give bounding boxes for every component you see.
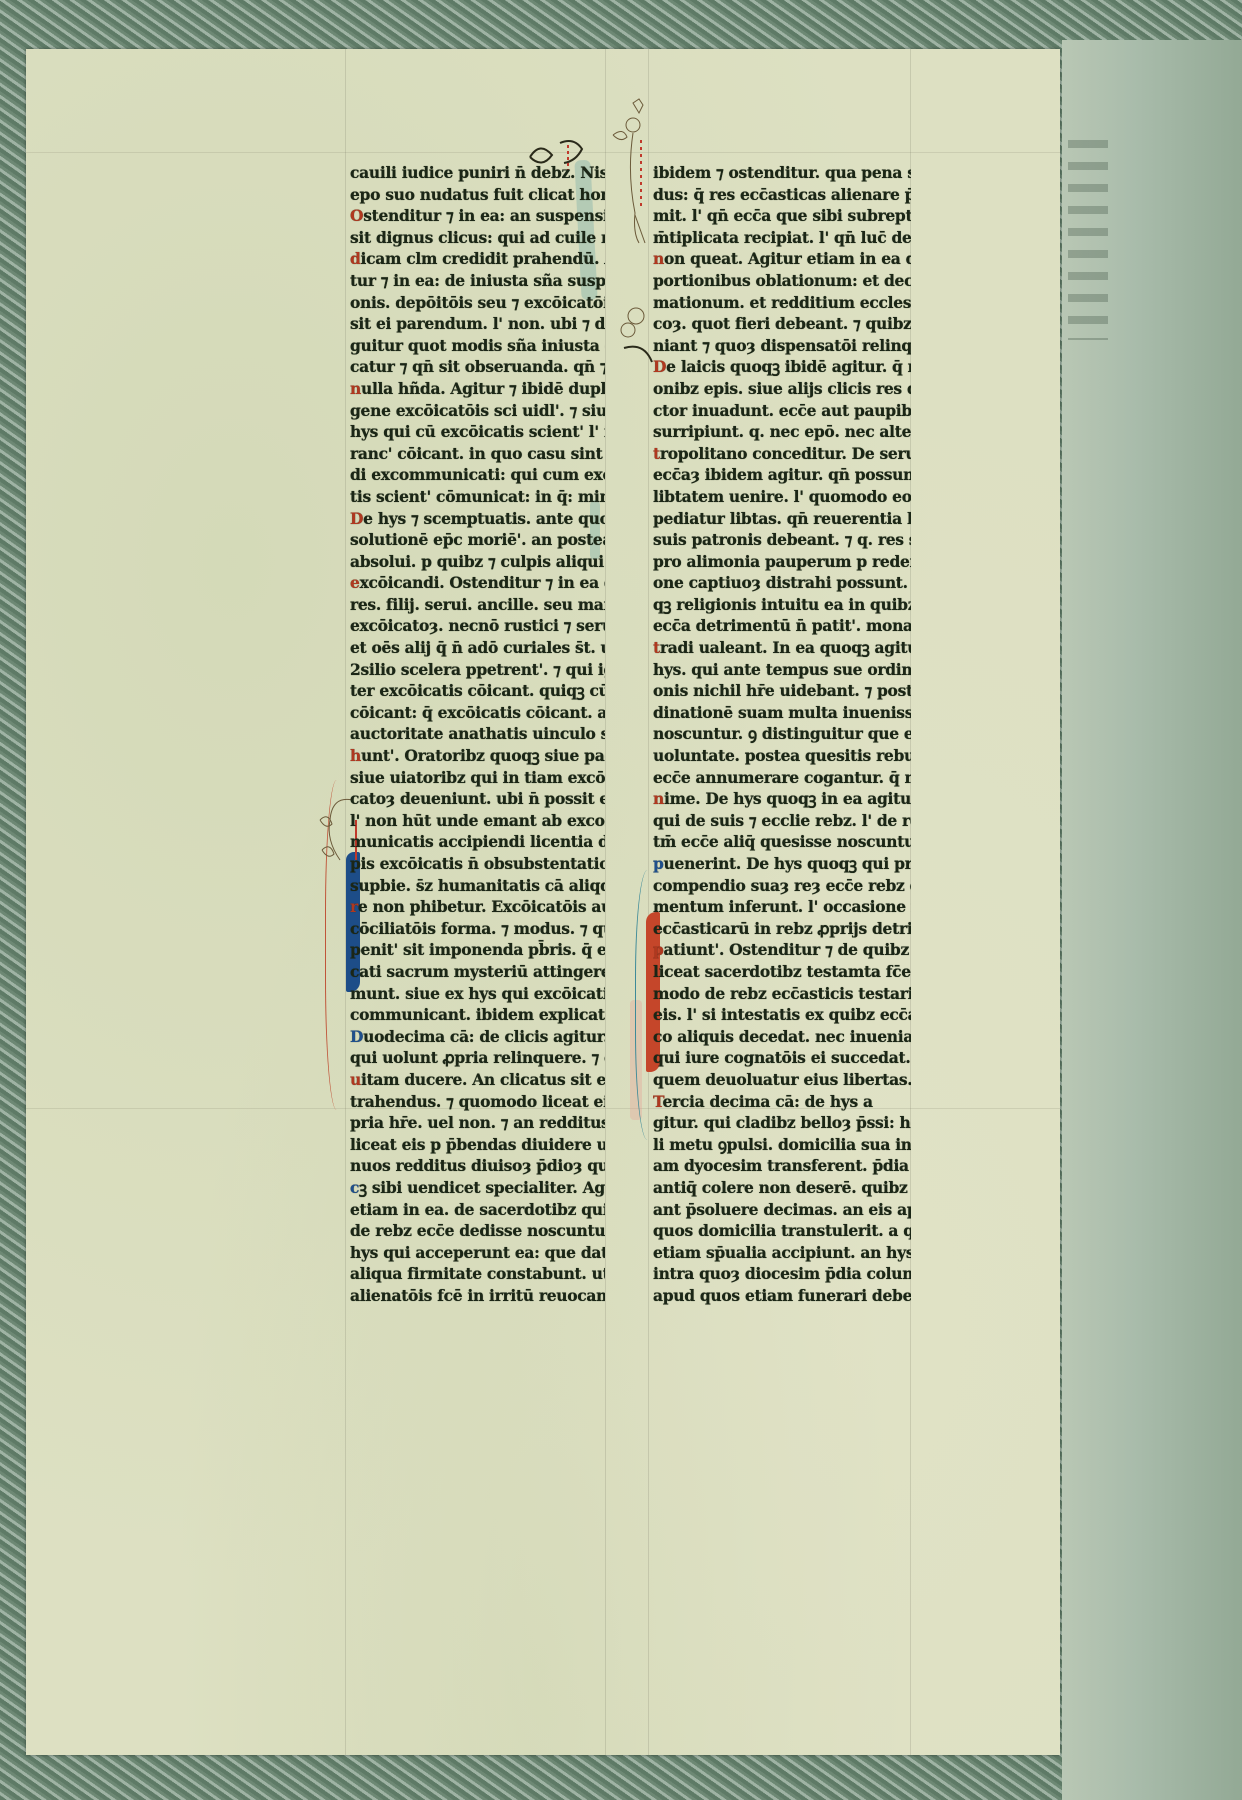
text-line: non queat. Agitur etiam in ea de [653,248,911,270]
text-line: ibidem ⁊ ostenditur. qua pena sit ferien [653,162,911,184]
text-line: hunt'. Oratoribz quoqꝫ siue pagus. [350,745,605,767]
text-line: coȝ. quot fieri debeant. ⁊ quibz prene [653,313,911,335]
text-line: etiam sp̄ualia accipiunt. an hys [653,1242,911,1264]
text-line: hys qui acceperunt ea: que data s̄t [350,1242,605,1264]
rubricated-initial: t [653,638,660,657]
text-line: cati sacrum mysteriū attingere p̄su [350,961,605,983]
text-line: Duodecima cā: de clicis agitur. [350,1026,605,1048]
text-line: sit ei parendum. l' non. ubi ⁊ distin [350,313,605,335]
text-line: guitur quot modis sña iniusta di [350,335,605,357]
ruling-line-left-inner [605,49,606,1755]
text-line: nuos redditus diuisoȝ p̄dioȝ quilꝫ [350,1155,605,1177]
text-line: supbie. s̄z humanitatis cā aliqd da [350,875,605,897]
text-line: res. filij. serui. ancille. seu mancipia [350,594,605,616]
text-line: ant p̄soluere decimas. an eis apud [653,1199,911,1221]
rubricated-initial: D [653,357,666,376]
text-line: cōciliatōis forma. ⁊ modus. ⁊ que [350,918,605,940]
rubricated-initial: e [350,573,360,592]
rubricated-initial: O [350,206,363,225]
text-line: liceat eis p p̄bendas diuidere ut an [350,1134,605,1156]
text-line: De hys ⁊ scemptuatis. ante quoȝ ab [350,508,605,530]
rubricated-initial: r [350,897,358,916]
facing-page-text-bleed [1068,140,1108,340]
rubricated-initial: p [653,940,664,959]
text-line: tradi ualeant. In ea quoqꝫ agitur de [653,637,911,659]
rubricated-initial: c [350,1178,359,1197]
text-line: tur ⁊ in ea: de iniusta sña suspensi [350,270,605,292]
text-line: cauili iudice puniri n̄ debz. Nisi ab [350,162,605,184]
text-line: ecc̄aȝ ibidem agitur. qn̄ possunt ad [653,464,911,486]
text-line: quem deuoluatur eius libertas. [653,1069,911,1091]
text-line: tm̄ ecc̄e aliq̄ quesisse noscuntur. an [653,831,911,853]
text-line: dicam clm credidit prahendū. Agi [350,248,605,270]
text-line: compendio suaȝ reȝ ecc̄e rebz detri [653,875,911,897]
text-line: mationum. et redditium ecclesiasti [653,292,911,314]
text-line: cꝫ sibi uendicet specialiter. Agitur [350,1177,605,1199]
text-line: apud quos etiam funerari debeat. [653,1285,911,1307]
text-line: pria hr̄e. uel non. ⁊ an redditus ecc̄e [350,1112,605,1134]
text-line: niant ⁊ quoȝ dispensatōi relinquent'. [653,335,911,357]
text-line: nulla hñda. Agitur ⁊ ibidē duplici [350,378,605,400]
text-line: dus: q̄ res ecc̄asticas alienare p̄su [653,184,911,206]
text-line: qui de suis ⁊ ecclie rebz. l' de rebus [653,810,911,832]
rubricated-initial: u [350,1070,361,1089]
text-line: auctoritate anathatis uinculo subr [350,723,605,745]
text-line: pro alimonia pauperum p redempti [653,551,911,573]
rubricated-initial: t [653,444,660,463]
text-line: solutionē ep̄c moriē'. an postea ualeat [350,529,605,551]
text-line: uitam ducere. An clicatus sit eis de [350,1069,605,1091]
text-line: de rebz ecc̄e dedisse noscuntur. qn̄ de [350,1220,605,1242]
text-line: li metu ꝯpulsi. domicilia sua in ali [653,1134,911,1156]
text-line: ter excōicatis cōicant. quiqꝫ cū illis [350,680,605,702]
text-line: antiq̄ colere non deserē. quibz debe [653,1177,911,1199]
text-line: etiam in ea. de sacerdotibz qui aliq̄ [350,1199,605,1221]
text-line: onis. depōitōis seu ⁊ excōicatōis. an [350,292,605,314]
text-line: ctor inuadunt. ecc̄e aut paupibz. [653,400,911,422]
text-line: absolui. p quibz ⁊ culpis aliqui sit [350,551,605,573]
text-line: eis. l' si intestatis ex quibz ecc̄asti [653,1004,911,1026]
text-line: portionibus oblationum: et deci [653,270,911,292]
rubricated-initial: n [350,379,361,398]
text-line: patiunt'. Ostenditur ⁊ de quibz rebz [653,939,911,961]
text-line: m̄tiplicata recipiat. l' qn̄ luc̄ de dāp… [653,227,911,249]
text-line: pediatur libtas. qn̄ reuerentia libti [653,508,911,530]
text-line: municatis accipiendi licentia dat'. [350,831,605,853]
text-line: hys. qui ante tempus sue ordinati [653,659,911,681]
text-line: excōicatoȝ. necnō rustici ⁊ seruientes. [350,615,605,637]
rubricated-initial: T [653,1092,662,1111]
text-line: qꝫ religionis intuitu ea in quibz [653,594,911,616]
text-column-right: ibidem ⁊ ostenditur. qua pena sit ferien… [653,162,911,1306]
text-column-left: cauili iudice puniri n̄ debz. Nisi abepo… [350,162,605,1306]
text-line: onis nichil hr̄e uidebant. ⁊ post or [653,680,911,702]
text-line: tis scient' cōmunicat: in q̄: minime. [350,486,605,508]
text-line: trahendus. ⁊ quomodo liceat eis p [350,1091,605,1113]
text-line: ranc' cōicant. in quo casu sint habē [350,443,605,465]
rubricated-initial: D [350,1027,363,1046]
text-line: pis excōicatis n̄ obsubstentationem [350,853,605,875]
text-line: nime. De hys quoqꝫ in ea agitur. [653,788,911,810]
text-line: Ostenditur ⁊ in ea: an suspensione [350,205,605,227]
text-line: mentum inferunt. l' occasione reȝ [653,896,911,918]
text-line: suis patronis debeant. ⁊ q. res sacre [653,529,911,551]
text-line: l' non hūt unde emant ab excom [350,810,605,832]
text-line: alienatōis fcē in irritū reuocantur. [350,1285,605,1307]
text-line: quos domicilia transtulerit. a quibz [653,1220,911,1242]
text-line: ecc̄e annumerare cogantur. q̄ mi [653,767,911,789]
text-line: cōicant: q̄ excōicatis cōicant. aplica [350,702,605,724]
text-line: hys qui cū excōicatis scient' l' igno [350,421,605,443]
text-line: ecc̄asticarū in rebz ꝓprijs detrimenta [653,918,911,940]
rubricated-initial: d [350,249,361,268]
text-line: ecc̄a detrimentū n̄ patit'. mona s̄tijs [653,615,911,637]
rubricated-initial: p [653,854,664,873]
text-line: co aliquis decedat. nec inueniatur [653,1026,911,1048]
text-line: catur ⁊ qn̄ sit obseruanda. qn̄ ⁊ pro [350,356,605,378]
text-line: noscuntur. ꝯ distinguitur que ex [653,723,911,745]
text-line: catoȝ deueniunt. ubi n̄ possit emē. [350,788,605,810]
text-line: mit. l' qn̄ ecc̄a que sibi subrepta s̄t. [653,205,911,227]
text-line: aliqua firmitate constabunt. ut qn̄ [350,1263,605,1285]
text-line: 2silio scelera ppetrent'. ⁊ qui ignora [350,659,605,681]
text-line: munt. siue ex hys qui excōicatis [350,983,605,1005]
text-line: uoluntate. postea quesitis rebus [653,745,911,767]
text-line: tropolitano conceditur. De seruis [653,443,911,465]
text-line: qui iure cognatōis ei succedat. ad [653,1047,911,1069]
text-line: re non phibetur. Excōicatōis aut re [350,896,605,918]
text-line: epo suo nudatus fuit clicat honore. [350,184,605,206]
rubricated-initial: D [350,509,363,528]
text-line: onibz epis. siue alijs clicis res dedi [653,378,911,400]
text-line: qui uolunt ꝓpria relinquere. ⁊ cōem [350,1047,605,1069]
text-line: puenerint. De hys quoqꝫ qui pro [653,853,911,875]
text-line: excōicandi. Ostenditur ⁊ in ea qd uxo [350,572,605,594]
text-line: Tercia decima cā: de hys a [653,1091,911,1113]
text-line: dinationē suam multa inuenisse [653,702,911,724]
text-line: one captiuoȝ distrahi possunt. qd [653,572,911,594]
text-line: am dyocesim transferent. p̄dia ū [653,1155,911,1177]
rubricated-initial: h [350,746,361,765]
text-line: di excommunicati: qui cum excōica [350,464,605,486]
text-line: sit dignus clicus: qui ad cuile m [350,227,605,249]
text-line: modo de rebz ecc̄asticis testari liceb̄t [653,983,911,1005]
text-line: et oēs alij q̄ n̄ adō curiales s̄t. ut c… [350,637,605,659]
rubricated-initial: n [653,789,664,808]
text-line: gene excōicatōis sci uidl'. ⁊ siue. et d… [350,400,605,422]
grotesque-heads-icon [614,302,654,372]
text-line: communicant. ibidem explicatur. [350,1004,605,1026]
text-line: siue uiatoribz qui in tiam excōmuni [350,767,605,789]
text-line: surripiunt. q. nec epō. nec alteri me [653,421,911,443]
text-line: liceat sacerdotibz testamta fc̄e. uel q̄ [653,961,911,983]
text-line: De laicis quoqꝫ ibidē agitur. q̄ moti [653,356,911,378]
text-line: gitur. qui cladibz belloȝ p̄ssi: hosti [653,1112,911,1134]
text-line: intra quoȝ diocesim p̄dia colunt. [653,1263,911,1285]
text-line: libtatem uenire. l' quomodo eoȝ im [653,486,911,508]
text-line: penit' sit imponenda pb̄ris. q̄ excōi [350,939,605,961]
rubricated-initial: n [653,249,664,268]
